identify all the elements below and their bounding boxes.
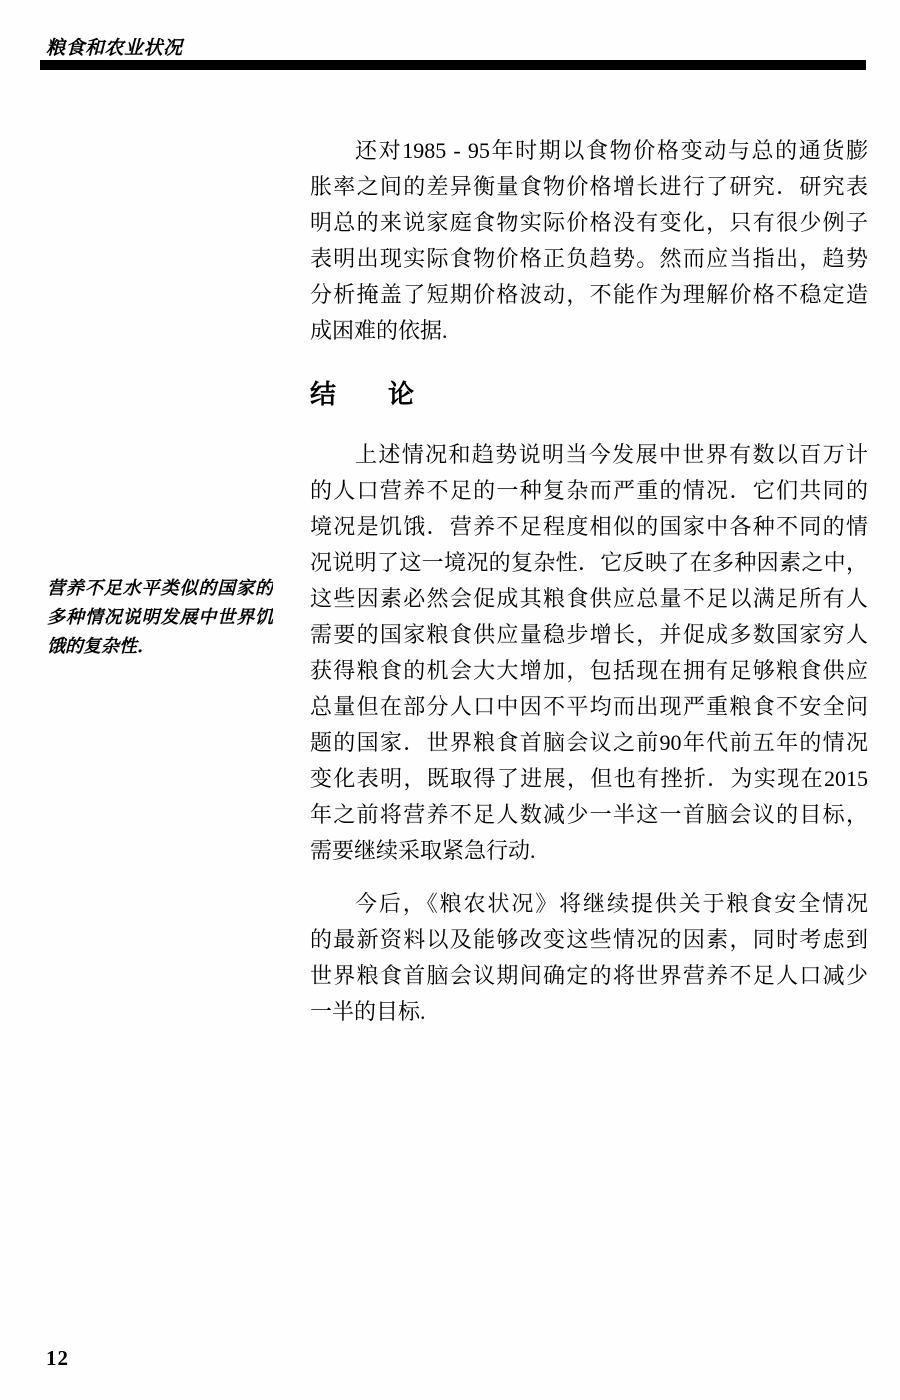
document-page: 粮食和农业状况 营养不足水平类似的国家的 多种情况说明发展中世界饥 饿的复杂性．…: [0, 0, 900, 1400]
text-line: 获得粮食的机会大大增加，包括现在拥有足够粮食供应: [310, 653, 868, 689]
page-number: 12: [46, 1346, 69, 1371]
margin-note-line: 营养不足水平类似的国家的: [47, 574, 273, 603]
margin-note-line: 饿的复杂性．: [47, 632, 273, 661]
text-line: 的最新资料以及能够改变这些情况的因素，同时考虑到: [310, 922, 868, 958]
text-line: 况说明了这一境况的复杂性．它反映了在多种因素之中，: [310, 545, 868, 581]
paragraph-3: 今后，《粮农状况》将继续提供关于粮食安全情况 的最新资料以及能够改变这些情况的因…: [310, 886, 868, 1030]
text-line: 上述情况和趋势说明当今发展中世界有数以百万计: [310, 437, 868, 473]
text-line: 这些因素必然会促成其粮食供应总量不足以满足所有人: [310, 581, 868, 617]
text-line: 变化表明，既取得了进展，但也有挫折．为实现在2015: [310, 761, 868, 797]
paragraph-1: 还对1985 - 95年时期以食物价格变动与总的通货膨 胀率之间的差异衡量食物价…: [310, 133, 868, 349]
text-line: 胀率之间的差异衡量食物价格增长进行了研究．研究表: [310, 169, 868, 205]
text-line: 今后，《粮农状况》将继续提供关于粮食安全情况: [310, 886, 868, 922]
text-line: 世界粮食首脑会议期间确定的将世界营养不足人口减少: [310, 958, 868, 994]
text-line: 总量但在部分人口中因不平均而出现严重粮食不安全问: [310, 689, 868, 725]
text-line: 表明出现实际食物价格正负趋势。然而应当指出，趋势: [310, 241, 868, 277]
running-header: 粮食和农业状况: [46, 33, 183, 60]
text-line: 年之前将营养不足人数减少一半这一首脑会议的目标，: [310, 797, 868, 833]
text-line: 题的国家．世界粮食首脑会议之前90年代前五年的情况: [310, 725, 868, 761]
text-line: 成困难的依据.: [310, 313, 868, 349]
text-line: 分析掩盖了短期价格波动，不能作为理解价格不稳定造: [310, 277, 868, 313]
text-line: 的人口营养不足的一种复杂而严重的情况．它们共同的: [310, 473, 868, 509]
text-line: 明总的来说家庭食物实际价格没有变化，只有很少例子: [310, 205, 868, 241]
text-line: 还对1985 - 95年时期以食物价格变动与总的通货膨: [310, 133, 868, 169]
paragraph-2: 上述情况和趋势说明当今发展中世界有数以百万计 的人口营养不足的一种复杂而严重的情…: [310, 437, 868, 869]
section-heading: 结 论: [310, 374, 414, 411]
margin-note-line: 多种情况说明发展中世界饥: [47, 603, 273, 632]
text-line: 一半的目标.: [310, 994, 868, 1030]
text-line: 境况是饥饿．营养不足程度相似的国家中各种不同的情: [310, 509, 868, 545]
text-line: 需要继续采取紧急行动.: [310, 833, 868, 869]
text-line: 需要的国家粮食供应量稳步增长，并促成多数国家穷人: [310, 617, 868, 653]
margin-note: 营养不足水平类似的国家的 多种情况说明发展中世界饥 饿的复杂性．: [47, 574, 273, 661]
header-rule: [40, 60, 866, 70]
